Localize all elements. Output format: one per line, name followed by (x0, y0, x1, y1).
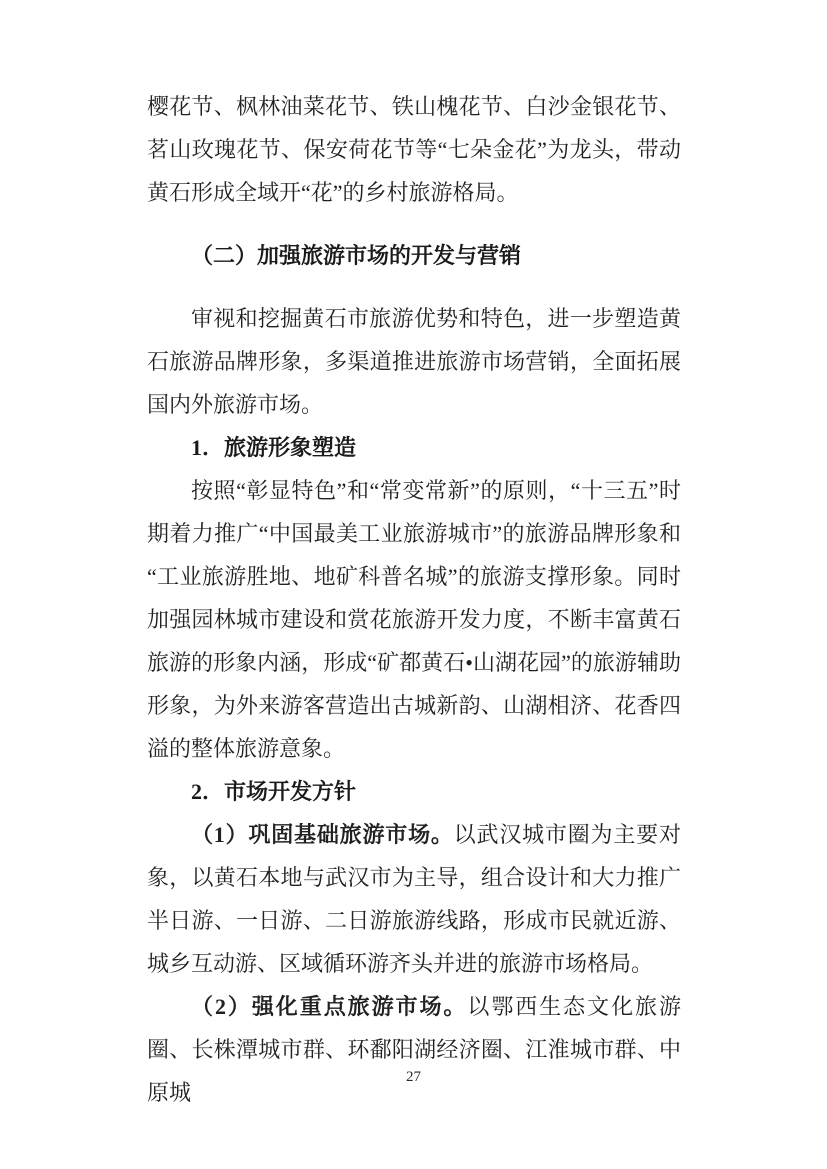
paragraph-key-market-lead: （2）强化重点旅游市场。 (191, 994, 467, 1019)
sub-heading-tourism-image-shaping: 1．旅游形象塑造 (147, 426, 681, 469)
paragraph-base-market-lead: （1）巩固基础旅游市场。 (191, 822, 454, 847)
page-body: 樱花节、枫林油菜花节、铁山槐花节、白沙金银花节、茗山玫瑰花节、保安荷花节等“七朵… (147, 85, 681, 1114)
document-page: 樱花节、枫林油菜花节、铁山槐花节、白沙金银花节、茗山玫瑰花节、保安荷花节等“七朵… (0, 0, 827, 1169)
section-heading-market-development: （二）加强旅游市场的开发与营销 (147, 234, 681, 277)
paragraph-flower-festivals-continuation: 樱花节、枫林油菜花节、铁山槐花节、白沙金银花节、茗山玫瑰花节、保安荷花节等“七朵… (147, 85, 681, 214)
paragraph-base-market: （1）巩固基础旅游市场。以武汉城市圈为主要对象，以黄石本地与武汉市为主导，组合设… (147, 813, 681, 985)
page-number: 27 (0, 1065, 827, 1089)
paragraph-market-intro: 审视和挖掘黄石市旅游优势和特色，进一步塑造黄石旅游品牌形象，多渠道推进旅游市场营… (147, 297, 681, 426)
paragraph-key-market: （2）强化重点旅游市场。以鄂西生态文化旅游圈、长株潭城市群、环鄱阳湖经济圈、江淮… (147, 985, 681, 1114)
paragraph-tourism-image-shaping: 按照“彰显特色”和“常变常新”的原则，“十三五”时期着力推广“中国最美工业旅游城… (147, 469, 681, 770)
sub-heading-market-development-policy: 2．市场开发方针 (147, 770, 681, 813)
